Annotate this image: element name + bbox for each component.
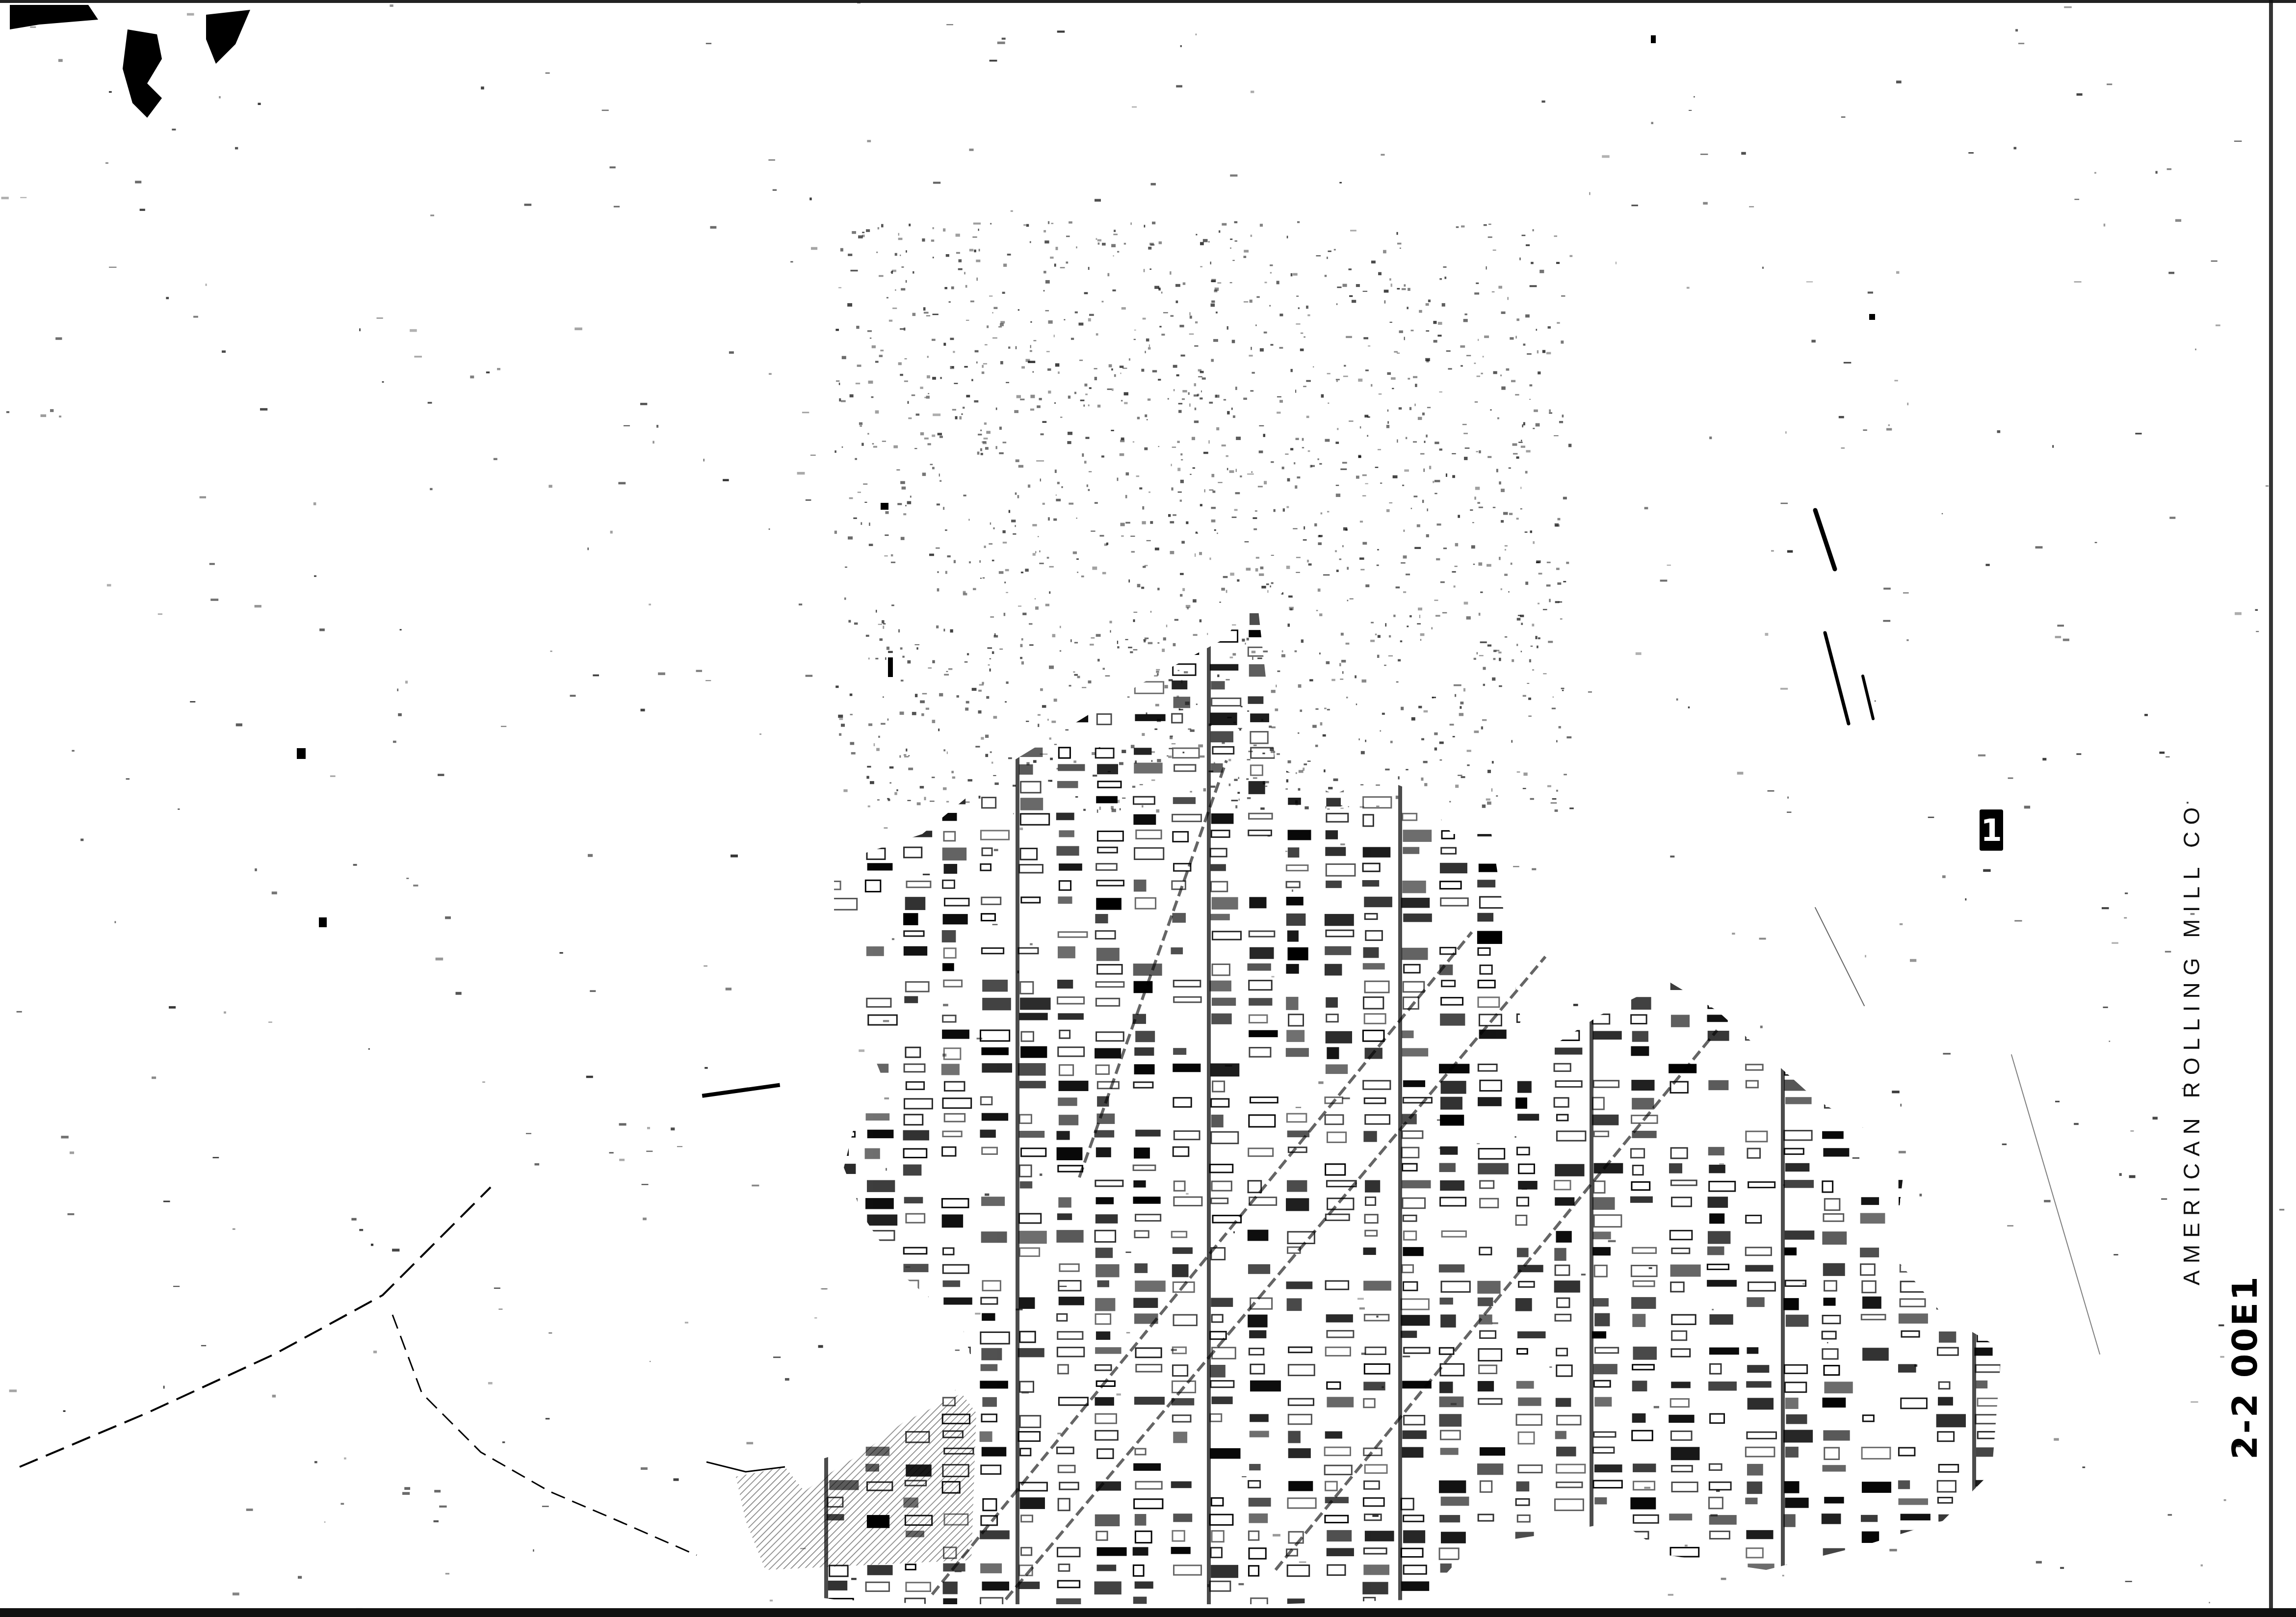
shaded-parcel [736,1393,976,1570]
street-grid [824,613,2044,1617]
boundary-line-south [392,1315,697,1555]
sheet-right-edge [2269,0,2273,1617]
map-sheet: 1 AMERICAN ROLLING MILL CO 2-2 00E1 [0,0,2296,1617]
scan-noise [1,2,2285,1615]
sheet-number-marker: 1 [1980,809,2003,851]
city-plan-map [0,0,2296,1617]
company-label: AMERICAN ROLLING MILL CO [2178,800,2205,1285]
sheet-bottom-edge [0,1608,2296,1617]
ink-marks [297,35,1875,1098]
boundary-line [20,1187,491,1467]
catalog-number: 2-2 00E1 [2225,1275,2265,1460]
ink-blot-top-left [10,5,250,118]
